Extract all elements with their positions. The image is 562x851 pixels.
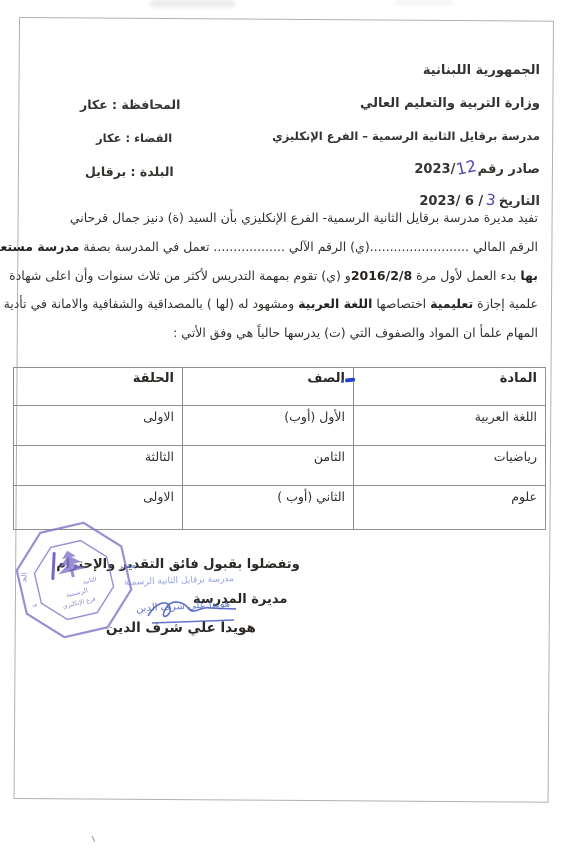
- body-paragraph: تفيد مديرة مدرسة برقايل الثانية الرسمية-…: [24, 204, 538, 348]
- cedar-tree-icon: [54, 548, 87, 581]
- body-line-3-suffix: و (ي) تقوم بمهمة التدريس لأكثر من ثلاث س…: [9, 268, 351, 283]
- scanned-document-page: { "header_right": { "republic": "الجمهور…: [0, 0, 562, 851]
- town-label: البلدة : برقايل: [85, 164, 174, 179]
- body-line-3-bold1: بها: [520, 268, 538, 283]
- col-header-cycle: الحلقة: [14, 368, 183, 406]
- body-line-4-mid: اختصاصها: [372, 296, 430, 311]
- issued-label: صادر رقم: [478, 162, 540, 177]
- issued-year: /2023: [414, 162, 455, 177]
- body-line-4-text: علمية إجازة: [473, 296, 538, 311]
- body-line-3-bold2: 2016/2/8: [351, 268, 412, 283]
- body-line-4-suffix: ومشهود له (لها ) بالمصداقية والشفافية وا…: [4, 296, 299, 311]
- body-line-2-text: الرقم المالي .........................(ي…: [79, 239, 538, 254]
- issued-number-row: صادر رقم 12 /2023: [414, 158, 540, 177]
- bottom-corner-mark: ١: [90, 834, 98, 846]
- cell-cycle: الثالثة: [14, 446, 183, 486]
- school-name: مدرسة برقايل الثانية الرسمية – الفرع الإ…: [272, 129, 540, 143]
- scan-smudge-top-left: [150, 0, 235, 7]
- cell-subject: علوم: [354, 486, 546, 530]
- seal-outer-octagon: [10, 516, 139, 645]
- seal-center-line1: الثانية: [82, 576, 97, 586]
- body-line-4-bold1: تعليمية: [430, 296, 473, 311]
- governorate-label: المحافظة : عكار: [80, 97, 180, 112]
- table-row: اللغة العربية الأول (أوب) الاولى: [14, 406, 546, 446]
- cell-class: الثاني (أوب ): [183, 486, 354, 530]
- body-line-4: علمية إجازة تعليمية اختصاصها اللغة العرب…: [24, 290, 538, 319]
- body-line-3: بها بدء العمل لأول مرة 2016/2/8و (ي) تقو…: [24, 262, 538, 291]
- body-line-1: تفيد مديرة مدرسة برقايل الثانية الرسمية-…: [24, 204, 538, 233]
- ministry-title: وزارة التربية والتعليم العالي: [360, 96, 540, 111]
- table-header-row: المادة الصف الحلقة: [14, 368, 546, 406]
- col-header-subject: المادة: [354, 368, 546, 406]
- table-row: رياضيات الثامن الثالثة: [14, 446, 546, 486]
- issued-number-handwritten: 12: [455, 156, 479, 179]
- col-header-class: الصف: [183, 368, 354, 406]
- district-label: القضاء : عكار: [96, 131, 172, 145]
- body-line-2-bold: مدرسة مستعان: [0, 239, 79, 254]
- cell-cycle: الاولى: [14, 406, 183, 446]
- body-line-3-text: بدء العمل لأول مرة: [412, 268, 520, 283]
- body-line-5: المهام علمأ ان المواد والصفوف التي (ت) ي…: [24, 319, 538, 348]
- republic-title: الجمهورية اللبنانية: [423, 63, 540, 78]
- body-line-4-bold2: اللغة العربية: [298, 296, 372, 311]
- cell-subject: رياضيات: [354, 446, 546, 486]
- seal-inner-octagon: [30, 536, 119, 625]
- cell-class: الثامن: [183, 446, 354, 486]
- scan-smudge-top-right: [395, 0, 453, 5]
- cell-subject: اللغة العربية: [354, 406, 546, 446]
- cell-class: الأول (أوب): [183, 406, 354, 446]
- handwritten-blue-dot: [341, 380, 344, 383]
- body-line-2: الرقم المالي .........................(ي…: [24, 233, 538, 262]
